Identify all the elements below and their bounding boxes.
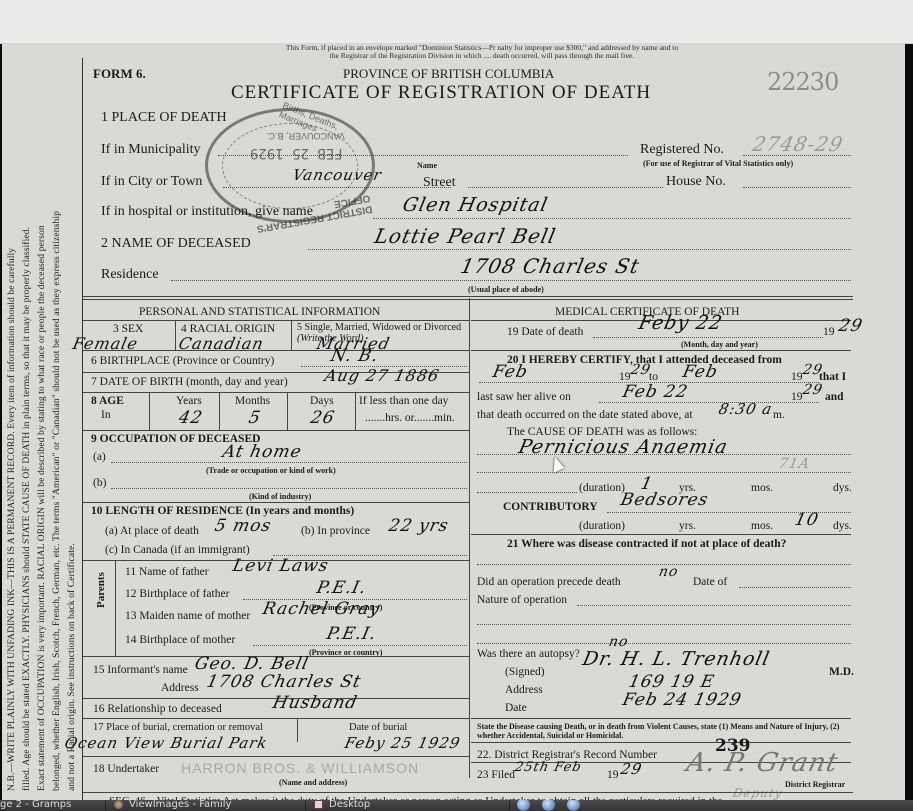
residence-line (171, 280, 851, 281)
operation-line-3 (477, 643, 851, 644)
informant-value: Geo. D. Bell (193, 654, 311, 674)
death-year-prefix: 19 (823, 326, 835, 338)
informant-address-label: Address (161, 682, 199, 694)
duration-line (477, 492, 577, 493)
months-value: 5 (247, 408, 263, 428)
window-top-bar (0, 0, 913, 44)
death-occurred-label: that death occurred on the date stated a… (477, 409, 693, 421)
less-than-day-label: If less than one day (359, 395, 448, 407)
taskbar-item-label: Desktop (329, 800, 370, 810)
parents-divider (115, 560, 116, 656)
certificate-form: FORM 6. PROVINCE OF BRITISH COLUMBIA CER… (82, 58, 857, 800)
duration-1-mos-label: mos. (751, 482, 773, 494)
months-label: Months (235, 395, 270, 407)
municipality-label: If in Municipality (101, 142, 201, 158)
burial-date-label: Date of burial (349, 722, 407, 733)
operation-date-label: Date of (693, 576, 727, 588)
side-note-line: Exact statement of OCCUPATION is very im… (34, 72, 49, 791)
tray-globe-icon[interactable] (567, 800, 580, 811)
row-line (471, 534, 851, 535)
cell-divider (149, 392, 150, 430)
duration-1-label: (duration) (579, 482, 625, 494)
deceased-name-line (308, 249, 851, 250)
desktop-icon (314, 800, 323, 809)
physician-date-label: Date (505, 702, 527, 714)
mother-name-label: 13 Maiden name of mother (125, 610, 250, 622)
death-date-value: Feby 22 (637, 312, 725, 334)
operation-label: Did an operation precede death (477, 576, 621, 588)
operation-nature-line (577, 605, 851, 606)
residence-b-label: (b) In province (301, 525, 370, 537)
mother-birthplace-label: 14 Birthplace of mother (125, 634, 235, 646)
death-date-line (593, 337, 823, 338)
operation-nature-label: Nature of operation (477, 594, 567, 606)
taskbar-item-desktop[interactable]: Desktop (310, 800, 510, 811)
death-time-suffix: m. (773, 409, 785, 421)
side-note-line: belonged, whether English, Irish, Scotch… (49, 72, 64, 791)
house-no-line (743, 187, 851, 188)
residence-label: Residence (101, 267, 159, 283)
duration-2-label: (duration) (579, 520, 625, 532)
residence-value: 1708 Charles St (458, 254, 642, 278)
taskbar: ge 2 - Gramps ViewImages - Family Deskto… (0, 800, 913, 811)
last-saw-label: last saw her alive on (477, 391, 571, 403)
and-label: and (825, 391, 844, 403)
viewer-edge (905, 44, 913, 800)
father-birthplace-label: 12 Birthplace of father (125, 588, 229, 600)
hospital-value: Glen Hospital (401, 194, 550, 216)
informant-address-value: 1708 Charles St (205, 672, 363, 692)
stamp-date: FEB 25 1929 (250, 145, 343, 161)
place-of-death-heading: 1 PLACE OF DEATH (101, 110, 227, 126)
cell-divider (355, 392, 356, 430)
last-saw-line (599, 402, 819, 403)
street-line (468, 187, 663, 188)
firefox-icon (114, 800, 123, 809)
age-in-label: In (101, 409, 111, 421)
row-line (83, 392, 469, 393)
days-value: 26 (309, 408, 337, 428)
cell-divider (291, 320, 292, 350)
filed-year-value: 29 (619, 760, 644, 778)
form-id: FORM 6. (93, 66, 146, 82)
side-note-line: and not a Racial origin. See instruction… (64, 72, 79, 791)
burial-date-value: Feby 25 1929 (343, 734, 462, 752)
deceased-name-label: 2 NAME OF DECEASED (101, 236, 251, 252)
row-line (83, 502, 469, 503)
contributory-value: Bedsores (619, 490, 711, 510)
certificate-title: CERTIFICATE OF REGISTRATION OF DEATH (231, 82, 651, 104)
death-time-value: 8:30 a (717, 400, 774, 418)
municipality-name-caption: Name (417, 161, 437, 170)
personal-heading: PERSONAL AND STATISTICAL INFORMATION (139, 306, 380, 318)
birthplace-label: 6 BIRTHPLACE (Province or Country) (91, 355, 274, 367)
last-year-value: 29 (801, 382, 824, 398)
image-viewer: This Form, if placed in an envelope mark… (0, 44, 913, 800)
physician-address-value: 169 19 E (627, 672, 717, 692)
death-certificate-image: This Form, if placed in an envelope mark… (2, 44, 905, 800)
row-line (471, 718, 851, 719)
row-line (83, 320, 469, 321)
residence-c-label: (c) In Canada (if an immigrant) (105, 544, 250, 556)
deceased-name-value: Lottie Pearl Bell (372, 224, 558, 248)
duration-2-dys-label: dys. (833, 520, 852, 532)
state-disease-note: State the Disease causing Death, or in d… (477, 722, 852, 740)
occupation-b-label: (b) (93, 477, 106, 489)
filed-year-prefix: 19 (607, 769, 619, 781)
undertaker-label: 18 Undertaker (93, 763, 159, 775)
street-label: Street (423, 175, 456, 191)
signed-value: Dr. H. L. Trenholl (581, 648, 772, 670)
residence-a-value: 5 mos (213, 516, 274, 536)
mother-birthplace-value: P.E.I. (325, 624, 379, 644)
row-line (83, 756, 469, 757)
occupation-b-line (111, 488, 467, 489)
occupation-a-label: (a) (93, 451, 106, 463)
section-divider (83, 296, 853, 297)
dob-value: Aug 27 1886 (323, 366, 441, 385)
taskbar-item-viewimages[interactable]: ViewImages - Family (110, 800, 306, 811)
attended-to-value: Feb (681, 362, 720, 382)
row-line (83, 430, 469, 431)
cell-divider (219, 392, 220, 430)
taskbar-item-gramps[interactable]: ge 2 - Gramps (0, 800, 106, 811)
city-label: If in City or Town (101, 174, 202, 190)
cause-line-1 (477, 454, 851, 455)
operation-line-2 (477, 624, 851, 625)
occupation-a-line (111, 462, 467, 463)
deputy-label: Deputy (732, 786, 785, 800)
dob-label: 7 DATE OF BIRTH (month, day and year) (91, 376, 288, 388)
autopsy-label: Was there an autopsy? (477, 648, 580, 660)
section-divider (83, 792, 853, 793)
tray-globe-icon[interactable] (517, 800, 530, 811)
residence-a-label: (a) At place of death (105, 525, 199, 537)
taskbar-item-label: ge 2 - Gramps (0, 800, 71, 810)
row-line (471, 742, 851, 743)
duration-2-months: 10 (793, 510, 821, 530)
taskbar-item-label: ViewImages - Family (129, 800, 231, 810)
duration-1-dys-label: dys. (833, 482, 852, 494)
registered-no-value: 2748-29 (750, 132, 845, 156)
section-divider (83, 299, 853, 300)
residence-caption: (Usual place of abode) (468, 285, 544, 294)
contracted-label: 21 Where was disease contracted if not a… (507, 538, 786, 550)
parents-label: Parents (95, 572, 107, 608)
row-line (471, 350, 851, 351)
father-name-value: Levi Laws (231, 556, 331, 576)
occupation-a-value: At home (221, 442, 304, 462)
mother-birthplace-line (253, 645, 467, 646)
undertaker-value: HARRON BROS. & WILLIAMSON (181, 760, 419, 776)
years-label: Years (176, 395, 202, 407)
registrar-stamp: Births, Deaths, Marriages VANCOUVER, B.C… (205, 108, 375, 223)
district-registrar-label: District Registrar (785, 780, 845, 789)
relationship-label: 16 Relationship to deceased (93, 703, 222, 715)
days-label: Days (310, 395, 334, 407)
registrar-signature: A. P. Grant (684, 748, 841, 778)
row-line (83, 350, 469, 351)
tray-globe-icon[interactable] (542, 800, 555, 811)
column-divider (469, 298, 470, 778)
cause-code: 71A (777, 456, 811, 472)
stamp-city: VANCOUVER, B.C. (266, 131, 345, 141)
md-label: M.D. (829, 666, 854, 678)
filed-value: 25th Feb (513, 760, 583, 775)
mother-name-value: Rachel Gray (261, 599, 382, 619)
death-date-caption: (Month, day and year) (681, 340, 758, 349)
years-value: 42 (177, 408, 205, 428)
duration-2-mos-label: mos. (751, 520, 773, 532)
registrar-note: (For use of Registrar of Vital Statistic… (643, 159, 793, 168)
operation-date-line (739, 587, 851, 588)
age-label: 8 AGE (91, 395, 124, 407)
contributory-label: CONTRIBUTORY (503, 501, 598, 513)
cause-line-2 (477, 472, 851, 473)
side-note-line: N.B.—WRITE PLAINLY WITH UNFADING INK—THI… (4, 72, 19, 791)
death-year-value: 29 (837, 316, 865, 336)
physician-date-value: Feb 24 1929 (621, 690, 744, 710)
father-name-label: 11 Name of father (125, 566, 209, 578)
attended-from-value: Feb (491, 362, 530, 382)
registered-no-label: Registered No. (640, 142, 724, 158)
last-saw-value: Feb 22 (621, 382, 690, 402)
informant-label: 15 Informant's name (93, 664, 188, 676)
residence-b-value: 22 yrs (387, 516, 451, 536)
cell-divider (175, 320, 176, 350)
hrs-min-label: .......hrs. or.......min. (365, 412, 455, 424)
province-heading: PROVINCE OF BRITISH COLUMBIA (343, 66, 554, 82)
relationship-value: Husband (271, 693, 360, 713)
side-instructions: N.B.—WRITE PLAINLY WITH UNFADING INK—THI… (2, 64, 82, 799)
operation-value: no (657, 564, 680, 580)
house-no-label: House No. (666, 174, 726, 190)
birthplace-value: N. B. (329, 346, 381, 366)
physician-address-label: Address (505, 684, 543, 696)
hospital-line (373, 218, 851, 219)
cell-divider (297, 718, 298, 742)
signed-label: (Signed) (505, 666, 545, 678)
serial-number: 22230 (767, 68, 838, 96)
burial-place-value: Ocean View Burial Park (63, 734, 269, 752)
row-line (83, 718, 469, 719)
marital-label: 5 Single, Married, Widowed or Divorced (297, 322, 461, 333)
occupation-b-caption: (Kind of industry) (249, 492, 311, 501)
burial-place-label: 17 Place of burial, cremation or removal (93, 722, 263, 733)
undertaker-caption: (Name and address) (279, 778, 347, 787)
cell-divider (287, 392, 288, 430)
father-birthplace-value: P.E.I. (315, 578, 369, 598)
duration-2-yrs-label: yrs. (679, 520, 696, 532)
side-note-line: filled. Age should be stated EXACTLY. PH… (19, 72, 34, 791)
filed-label: 23 Filed (477, 769, 515, 781)
death-date-label: 19 Date of death (507, 326, 583, 338)
occupation-a-caption: (Trade or occupation or kind of work) (206, 466, 336, 475)
